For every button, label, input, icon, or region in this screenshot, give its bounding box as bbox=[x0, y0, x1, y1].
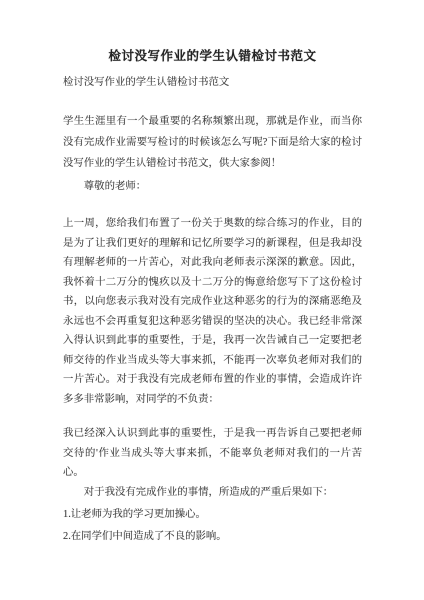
body-paragraph: 上一周，您给我们布置了一份关于奥数的综合练习的作业，目的是为了让我们更好的理解和… bbox=[63, 214, 362, 409]
salutation-line: 尊敬的老师： bbox=[63, 176, 362, 197]
document-content: 检讨没写作业的学生认错检讨书范文 检讨没写作业的学生认错检讨书范文 学生生涯里有… bbox=[0, 0, 424, 546]
consequences-heading: 对于我没有完成作业的事情，所造成的严重后果如下： bbox=[63, 483, 362, 503]
document-page: 检讨没写作业的学生认错检讨书范文 检讨没写作业的学生认错检讨书范文 学生生涯里有… bbox=[0, 0, 424, 600]
reflection-paragraph: 我已经深入认识到此事的重要性，于是我一再告诉自己要把老师交待的'作业当成头等大事… bbox=[63, 424, 362, 483]
intro-paragraph: 学生生涯里有一个最重要的名称频繁出现，那就是作业，而当你没有完成作业需要写检讨的… bbox=[63, 111, 362, 174]
consequence-item-1: 1.让老师为我的学习更加操心。 bbox=[63, 505, 362, 524]
page-title: 检讨没写作业的学生认错检讨书范文 bbox=[63, 49, 362, 64]
document-subtitle: 检讨没写作业的学生认错检讨书范文 bbox=[63, 76, 362, 90]
consequence-item-2: 2.在同学们中间造成了不良的影响。 bbox=[63, 527, 362, 546]
